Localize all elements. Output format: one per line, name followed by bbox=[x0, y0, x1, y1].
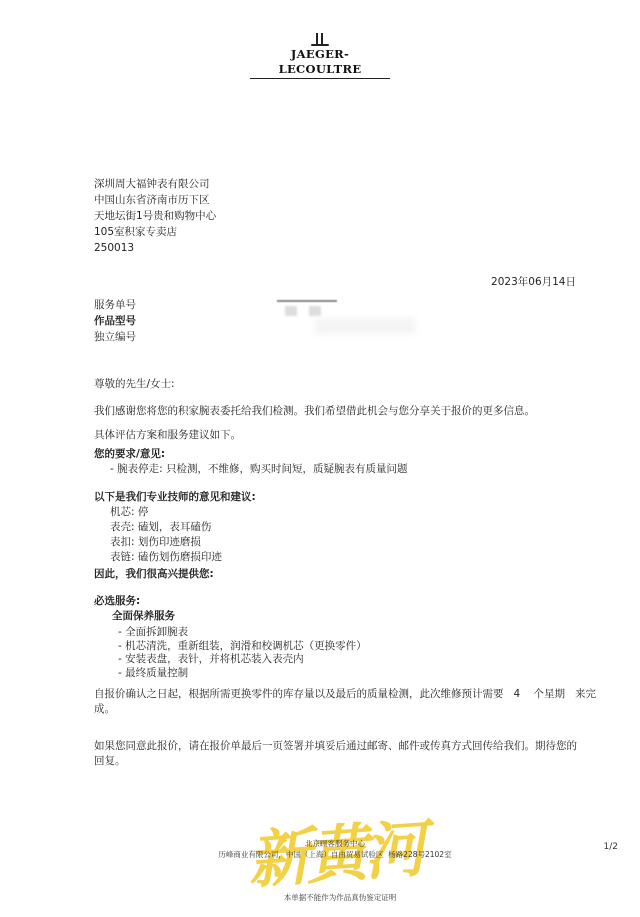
brand-name: JAEGER-LECOULTRE bbox=[250, 47, 390, 77]
service-item: - 全面拆卸腕表 bbox=[118, 625, 367, 639]
address-line: 中国山东省济南市历下区 bbox=[94, 193, 216, 209]
logo-emblem-icon bbox=[309, 33, 331, 47]
service-items: - 全面拆卸腕表 - 机芯清洗，重新组装，润滑和校调机芯（更换零件） - 安装表… bbox=[94, 625, 367, 679]
address-line: 105室积家专卖店 bbox=[94, 225, 216, 241]
service-item: - 安装表盘，表针，并将机芯装入表壳内 bbox=[118, 652, 367, 666]
technician-list: 机芯: 停 表壳: 磕划，表耳磕伤 表扣: 划伤印迹磨损 表链: 磕伤划伤磨损印… bbox=[94, 505, 222, 565]
footer-service-center: 北京顾客服务中心 bbox=[190, 838, 480, 849]
duration-line: 自报价确认之日起，根据所需更换零件的库存量以及最后的质量检测，此次维修预计需要 … bbox=[94, 687, 596, 702]
brand-logo: JAEGER-LECOULTRE bbox=[250, 33, 390, 79]
request-heading: 您的要求/意见: bbox=[94, 447, 165, 462]
closing-line: 如果您同意此报价，请在报价单最后一页签署并填妥后通过邮寄、邮件或传真方式回传给我… bbox=[94, 739, 577, 754]
technician-item: 表扣: 划伤印迹磨损 bbox=[110, 535, 222, 550]
serial-number-label: 独立编号 bbox=[94, 330, 136, 346]
duration-paragraph: 自报价确认之日起，根据所需更换零件的库存量以及最后的质量检测，此次维修预计需要 … bbox=[94, 687, 596, 717]
page-number: 1/2 bbox=[604, 840, 618, 855]
model-number-label: 作品型号 bbox=[94, 314, 136, 330]
offer-heading: 因此，我们很高兴提供您: bbox=[94, 567, 214, 582]
duration-line: 成。 bbox=[94, 702, 596, 717]
mandatory-services-heading: 必选服务: bbox=[94, 594, 140, 609]
intro-paragraph: 我们感谢您将您的积家腕表委托给我们检测。我们希望借此机会与您分享关于报价的更多信… bbox=[94, 404, 535, 419]
technician-item: 机芯: 停 bbox=[110, 505, 222, 520]
technician-item: 表壳: 磕划，表耳磕伤 bbox=[110, 520, 222, 535]
plan-intro: 具体评估方案和服务建议如下。 bbox=[94, 428, 241, 443]
address-line: 天地坛街1号贵和购物中心 bbox=[94, 209, 216, 225]
service-number-label: 服务单号 bbox=[94, 298, 136, 314]
service-item: - 机芯清洗，重新组装，润滑和校调机芯（更换零件） bbox=[118, 639, 367, 653]
letter-date: 2023年06月14日 bbox=[491, 275, 576, 290]
closing-line: 回复。 bbox=[94, 754, 577, 769]
address-line: 深圳周大福钟表有限公司 bbox=[94, 177, 216, 193]
closing-paragraph: 如果您同意此报价，请在报价单最后一页签署并填妥后通过邮寄、邮件或传真方式回传给我… bbox=[94, 739, 577, 769]
reference-block: 服务单号 作品型号 独立编号 bbox=[94, 298, 136, 346]
logo-underline bbox=[250, 78, 390, 79]
request-item: - 腕表停走: 只检测，不维修，购买时间短，质疑腕表有质量问题 bbox=[94, 462, 408, 477]
address-line: 250013 bbox=[94, 241, 216, 257]
service-item: - 最终质量控制 bbox=[118, 666, 367, 680]
footer-company-address: 历峰商业有限公司，中国（上海）自由贸易试验区 杨路228号2102室 bbox=[190, 849, 480, 860]
redacted-reference-values bbox=[275, 300, 395, 336]
service-title: 全面保养服务 bbox=[94, 609, 175, 624]
recipient-address: 深圳周大福钟表有限公司 中国山东省济南市历下区 天地坛街1号贵和购物中心 105… bbox=[94, 177, 216, 257]
salutation: 尊敬的先生/女士: bbox=[94, 377, 175, 392]
technician-heading: 以下是我们专业技师的意见和建议: bbox=[94, 490, 256, 505]
technician-item: 表链: 磕伤划伤磨损印迹 bbox=[110, 550, 222, 565]
footer-disclaimer: 本单据不能作为作品真伪鉴定证明 bbox=[240, 892, 440, 903]
